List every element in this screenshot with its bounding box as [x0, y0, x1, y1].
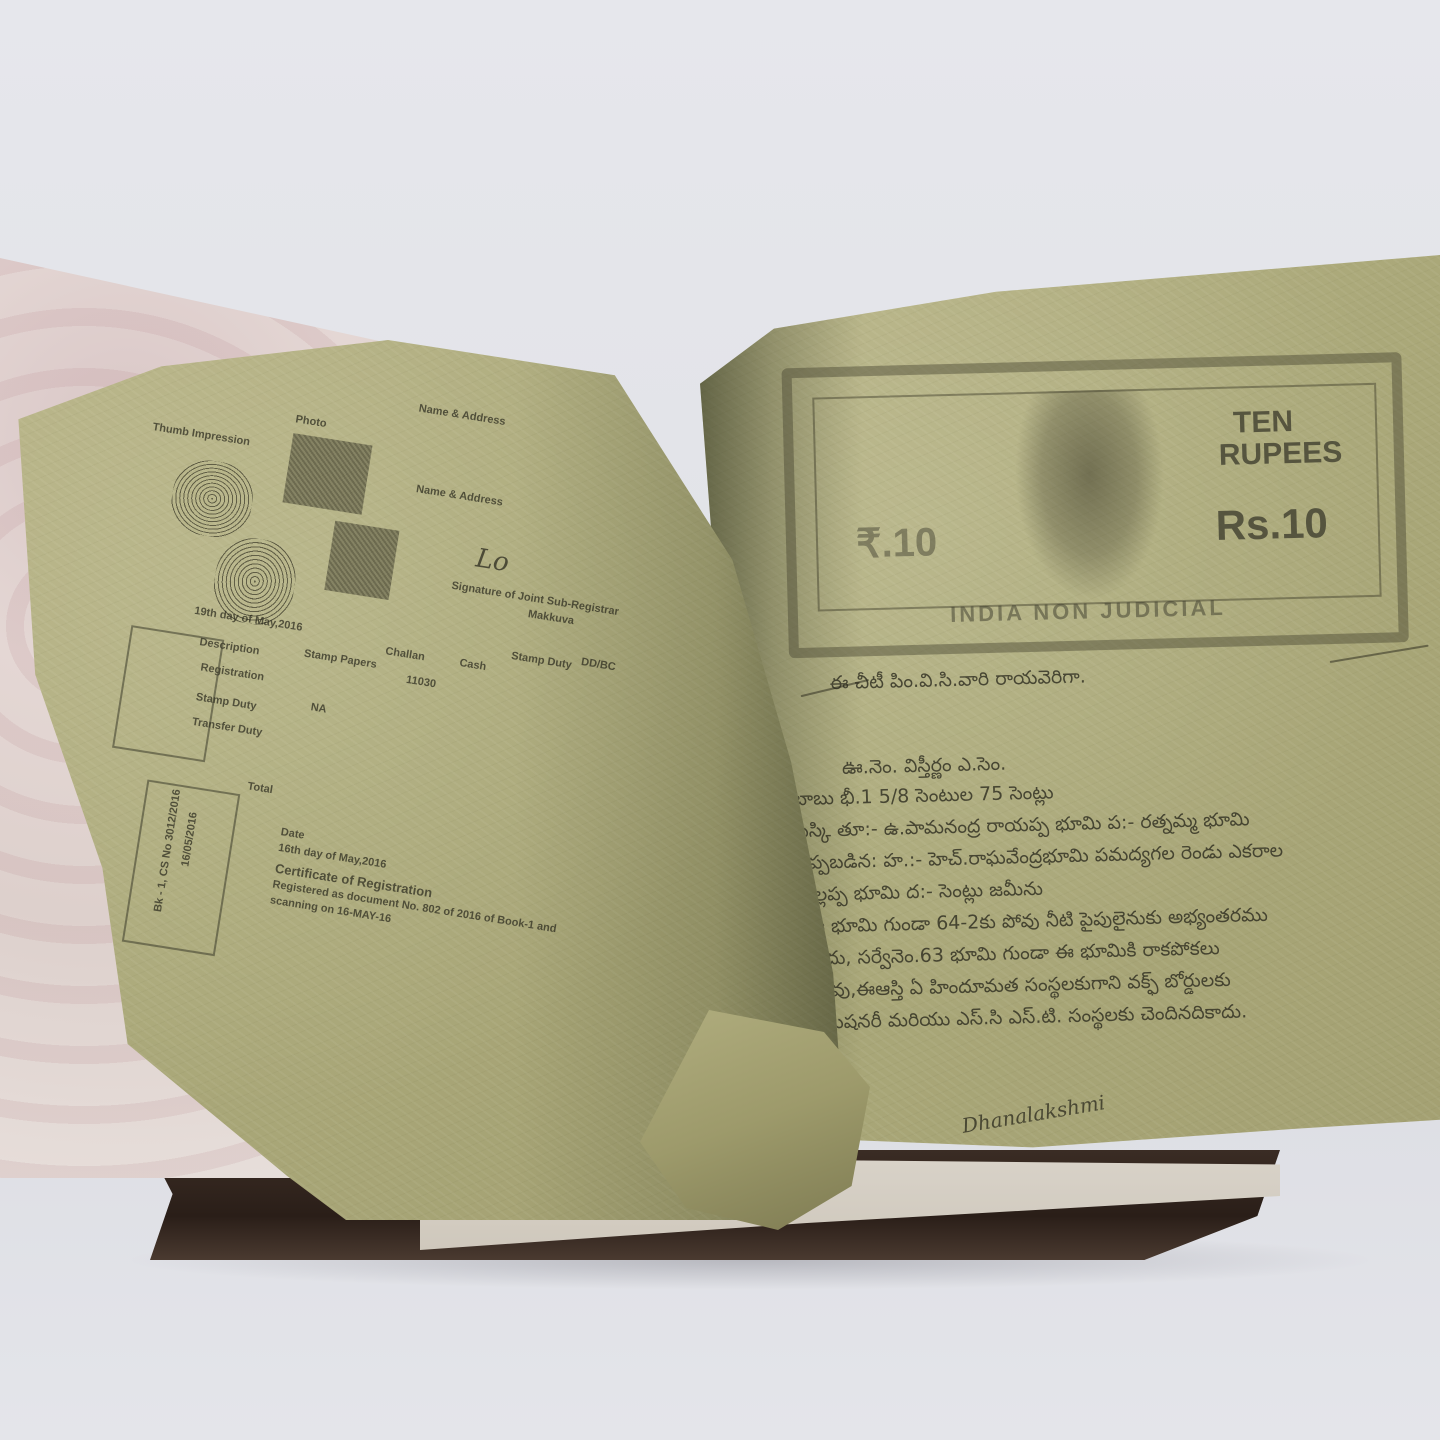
stamp-denomination-left: ₹.10: [856, 519, 938, 567]
signature-subcaption: Makkuva: [527, 608, 575, 627]
telugu-line: చెప్పబడిన: హ.:- హెచ్.రాఘవేంద్రభూమి పమద్య…: [794, 839, 1283, 879]
photo-thumbnail: [324, 521, 399, 600]
stamp-label-top: TEN: [1233, 405, 1294, 441]
left-page-content: Thumb Impression Photo Name & Address Na…: [62, 380, 762, 1030]
telugu-line: బాబు భీ.1 5/8 సెంటుల 75 సెంట్లు: [792, 781, 1053, 815]
telugu-line: పిల్లప్ప భూమి ద:- సెంట్లు జమీను: [800, 878, 1043, 911]
thumb-impression-label: Thumb Impression: [152, 421, 251, 448]
registrar-signature: Lo: [474, 543, 511, 578]
fingerprint-impression: [167, 455, 258, 542]
telugu-line: లేవు,ఈఆస్తి ఏ హిందూమత సంస్థలకుగాని వక్ఫ్…: [817, 969, 1231, 1007]
registration-stamp: [112, 625, 224, 762]
photo-label: Photo: [295, 413, 328, 430]
photo-thumbnail: [283, 433, 373, 515]
telugu-line: లేదు, సర్వేనెం.63 భూమి గుండా ఈ భూమికి రా…: [812, 937, 1220, 975]
right-page-content: TEN RUPEES ₹.10 Rs.10 INDIA NON JUDICIAL…: [761, 321, 1440, 1058]
registration-stamp: [122, 780, 240, 957]
national-emblem-icon: [1012, 388, 1167, 602]
telugu-line: మిషనరీ మరియు ఎస్.సి ఎస్.టి. సంస్థలకు చెం…: [823, 1000, 1247, 1038]
stamp-label-bottom: RUPEES: [1218, 436, 1342, 473]
telugu-line: ఈ చీటీ పిం.వి.సి.వారి రాయవెరిగా.: [829, 666, 1086, 700]
photo-scene: TEN RUPEES ₹.10 Rs.10 INDIA NON JUDICIAL…: [0, 0, 1440, 1440]
telugu-line: ఊ.నెం. విస్తీర్ణం ఎ.సెం.: [842, 753, 1007, 784]
stamp-denomination-right: Rs.10: [1215, 499, 1328, 550]
